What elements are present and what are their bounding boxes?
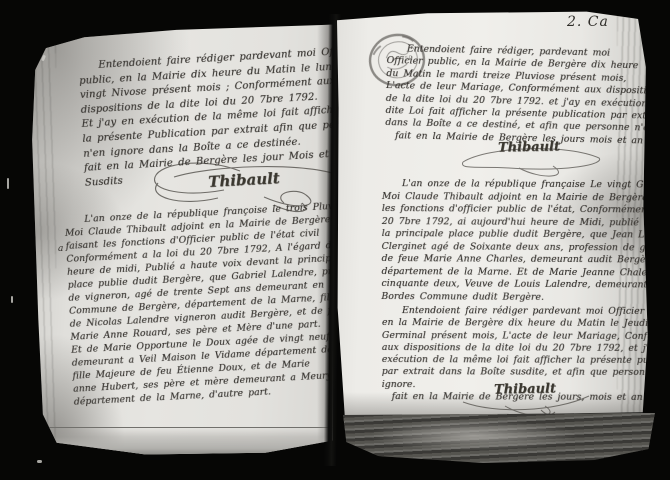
- signature-name: Thibault: [445, 381, 605, 399]
- book-page-edges: [340, 413, 658, 463]
- left-paragraph-act: L'an onze de la république françoise le …: [64, 200, 333, 409]
- signature-thibault: Thibault: [449, 136, 609, 178]
- left-page: Entendoient faire rédiger pardevant moi …: [26, 22, 333, 458]
- right-paragraph-publication-1: Entendoient faire rédiger, pardevant moi…: [385, 43, 641, 148]
- manuscript-line: Bordes Commune dudit Bergère.: [381, 290, 645, 304]
- scanned-register-spread: Entendoient faire rédiger pardevant moi …: [0, 0, 670, 480]
- right-paragraph-act: L'an onze de la république française Le …: [381, 178, 646, 304]
- scan-artifact: [7, 178, 9, 189]
- page-bottom-edge: [26, 427, 333, 458]
- scan-artifact: [11, 296, 13, 303]
- signature-thibault: Thibault: [445, 380, 605, 418]
- page-number: 2. Ca: [567, 14, 637, 30]
- scan-artifact: [37, 460, 42, 463]
- margin-mark: a: [58, 244, 63, 254]
- manuscript-line: par extrait dans la Boîte susdite, et af…: [382, 366, 646, 379]
- manuscript-line: L'an onze de la république française Le …: [382, 178, 646, 192]
- manuscript-line: aux dispositions de la dite loi du 20 7b…: [382, 342, 646, 355]
- manuscript-line: les fonctions d'officier public de l'éta…: [382, 203, 646, 217]
- right-page: 50 2. Ca Entendoient faire rédiger, pard…: [337, 10, 649, 418]
- page-crease: [34, 28, 56, 448]
- manuscript-line: de feue Marie Anne Charles, demeurant au…: [382, 253, 646, 267]
- manuscript-line: la principale place publie dudit Bergère…: [382, 228, 646, 242]
- manuscript-line: Germinal présent mois, L'acte de leur Ma…: [382, 330, 646, 343]
- manuscript-line: en la Mairie de Bergère dix heure du Mat…: [382, 317, 646, 330]
- manuscript-line: cinquante deux, Veuve de Louis Lalendre,…: [381, 278, 645, 292]
- signature-name: Thibault: [449, 139, 609, 157]
